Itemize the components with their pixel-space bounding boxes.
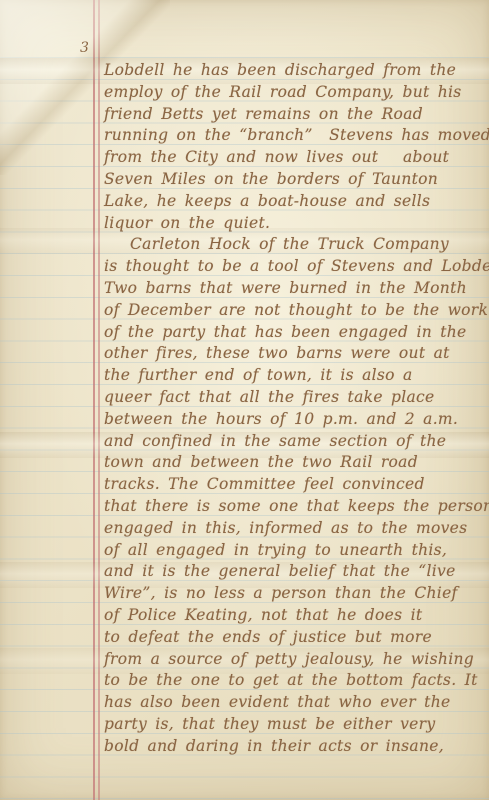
manuscript-line: queer fact that all the fires take place (104, 387, 479, 409)
manuscript-line: of Police Keating, not that he does it (104, 605, 479, 627)
manuscript-line: party is, that they must be either very (104, 714, 479, 736)
manuscript-line: Lobdell he has been discharged from the (104, 60, 479, 82)
manuscript-line: between the hours of 10 p.m. and 2 a.m. (104, 409, 479, 431)
manuscript-line: from the City and now lives out about (104, 147, 479, 169)
manuscript-line: is thought to be a tool of Stevens and L… (104, 256, 479, 278)
page-number: 3 (80, 40, 89, 56)
scanned-document: 3 Lobdell he has been discharged from th… (0, 0, 489, 800)
manuscript-line: and confined in the same section of the (104, 431, 479, 453)
manuscript-line: tracks. The Committee feel convinced (104, 474, 479, 496)
manuscript-line: other fires, these two barns were out at (104, 343, 479, 365)
manuscript-line: from a source of petty jealousy, he wish… (104, 649, 479, 671)
manuscript-line: Wire”, is no less a person than the Chie… (104, 583, 479, 605)
manuscript-line: of the party that has been engaged in th… (104, 322, 479, 344)
manuscript-line: Seven Miles on the borders of Taunton (104, 169, 479, 191)
manuscript-line: engaged in this, informed as to the move… (104, 518, 479, 540)
margin-line (93, 0, 95, 800)
manuscript-line: employ of the Rail road Company, but his (104, 82, 479, 104)
manuscript-line: to be the one to get at the bottom facts… (104, 670, 479, 692)
manuscript-line: that there is some one that keeps the pe… (104, 496, 479, 518)
manuscript-line: of December are not thought to be the wo… (104, 300, 479, 322)
manuscript-line: Lake, he keeps a boat-house and sells (104, 191, 479, 213)
manuscript-line: has also been evident that who ever the (104, 692, 479, 714)
manuscript-line: liquor on the quiet. (104, 213, 479, 235)
manuscript-line: Two barns that were burned in the Month (104, 278, 479, 300)
manuscript-line: town and between the two Rail road (104, 452, 479, 474)
manuscript-line: friend Betts yet remains on the Road (104, 104, 479, 126)
manuscript-text: Lobdell he has been discharged from thee… (104, 60, 479, 758)
manuscript-line: the further end of town, it is also a (104, 365, 479, 387)
manuscript-line: bold and daring in their acts or insane, (104, 736, 479, 758)
manuscript-line: of all engaged in trying to unearth this… (104, 540, 479, 562)
manuscript-line: Carleton Hock of the Truck Company (104, 234, 479, 256)
manuscript-line: to defeat the ends of justice but more (104, 627, 479, 649)
margin-line (98, 0, 100, 800)
manuscript-line: running on the “branch” Stevens has move… (104, 125, 479, 147)
manuscript-line: and it is the general belief that the “l… (104, 561, 479, 583)
